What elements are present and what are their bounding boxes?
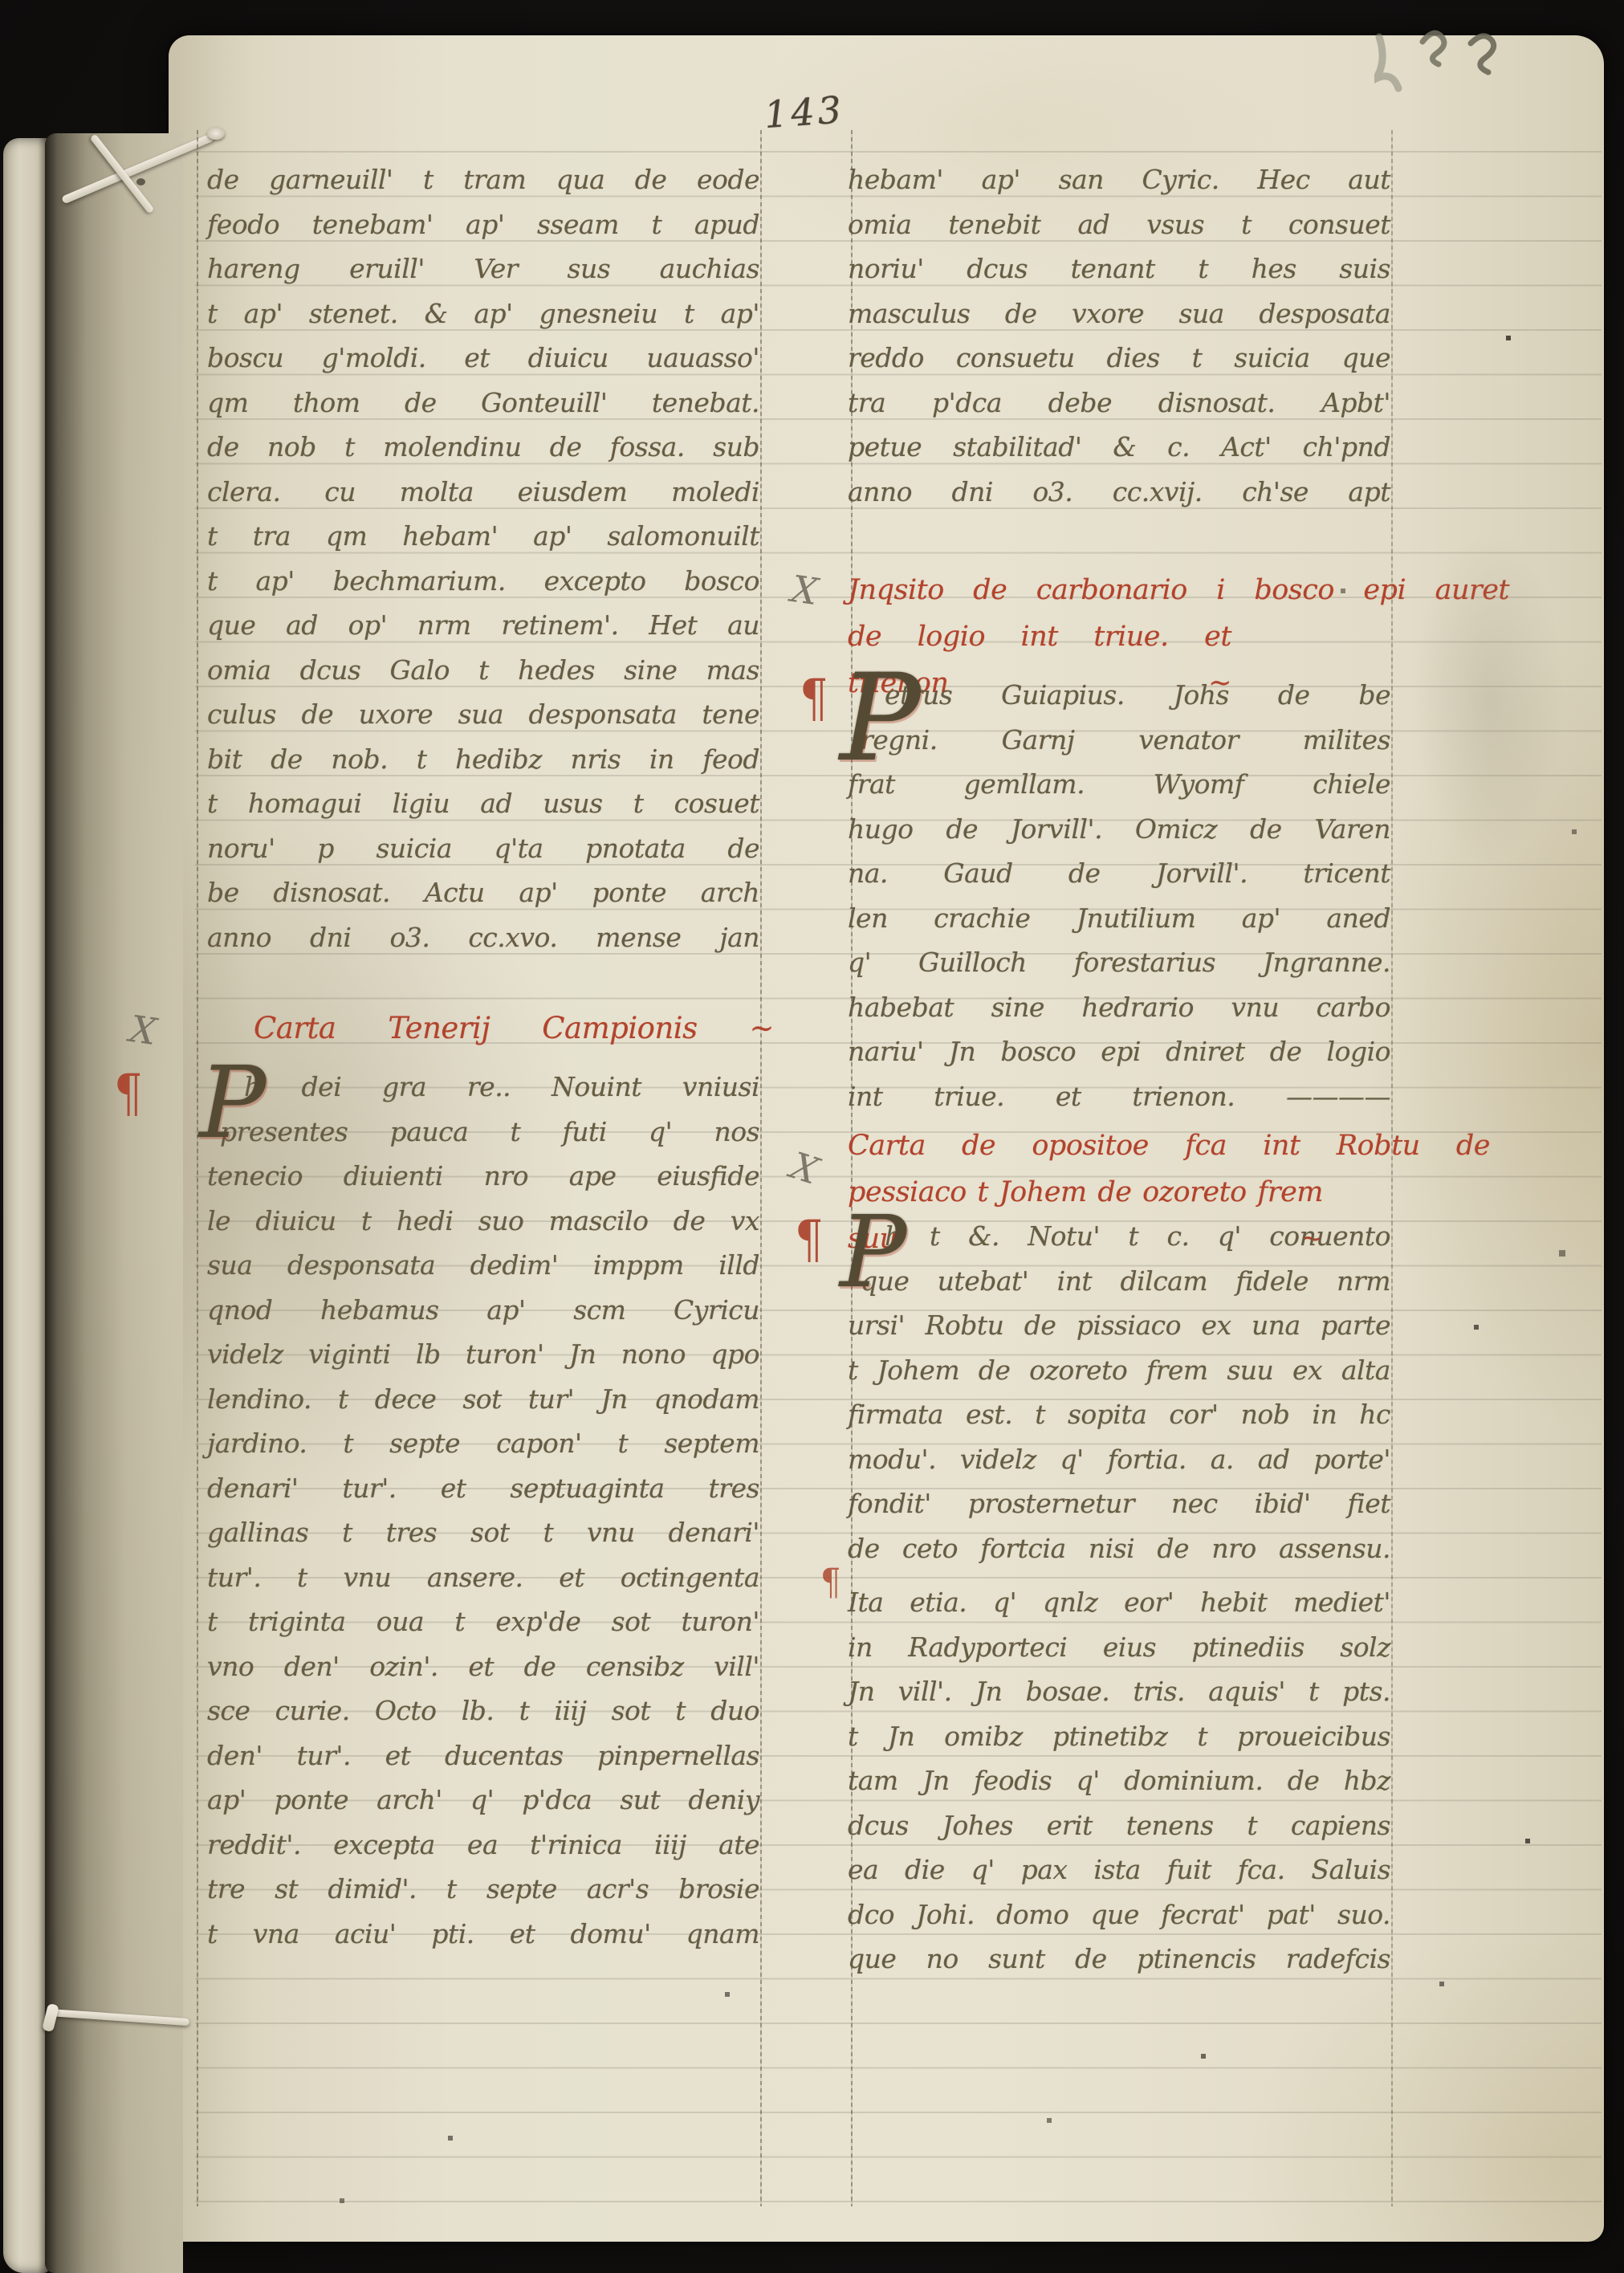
text-line: omia tenebit ad vsus t consuet bbox=[848, 202, 1390, 247]
text-line: que ad op' nrm retinem'. Het au bbox=[207, 603, 759, 648]
text-line: omia dcus Galo t hedes sine mas bbox=[207, 648, 759, 693]
text-line: tam Jn feodis q' dominium. de hbz bbox=[848, 1758, 1390, 1803]
text-line: t vna aciu' pti. et domu' qnam bbox=[207, 1912, 759, 1957]
text-line: qnod hebamus ap' scm Cyricu bbox=[207, 1288, 759, 1333]
binding-gutter bbox=[45, 133, 183, 2273]
text-line: petue stabilitad' & c. Act' ch'pnd bbox=[848, 425, 1390, 470]
text-line: ursi' Robtu de pissiaco ex una parte bbox=[848, 1303, 1390, 1348]
text-line: fondit' prosternetur nec ibid' fiet bbox=[848, 1481, 1390, 1526]
text-line: Ita etia. q' qnlz eor' hebit mediet' bbox=[848, 1580, 1390, 1625]
text-line: dcus Johes erit tenens t capiens bbox=[848, 1803, 1390, 1848]
text-line: h dei gra re.. Nouint vniusi bbox=[207, 1065, 759, 1110]
text-line: ap' ponte arch' q' p'dca sut deniy bbox=[207, 1778, 759, 1823]
rubric-heading-carta-tenerij: Carta Tenerij Campionis ~ bbox=[207, 1005, 774, 1052]
text-line: t triginta oua t exp'de sot turon' bbox=[207, 1599, 759, 1644]
text-line: modu'. videlz q' fortia. a. ad porte' bbox=[848, 1437, 1390, 1482]
text-line: de garneuill' t tram qua de eode bbox=[207, 157, 759, 202]
text-line: boscu g'moldi. et diuicu uauasso' bbox=[207, 336, 759, 381]
text-line: int triue. et trienon. ———— bbox=[848, 1074, 1390, 1119]
text-line: que no sunt de ptinencis radefcis bbox=[848, 1937, 1390, 1982]
red-paragraph-mark: ¶ bbox=[114, 1064, 143, 1124]
folio-number: 143 bbox=[763, 87, 861, 136]
text-line: reddit'. excepta ea t'rinica iiij ate bbox=[207, 1823, 759, 1868]
text-line: dco Johi. domo que fecrat' pat' suo. bbox=[848, 1892, 1390, 1937]
previous-page-edge bbox=[3, 138, 50, 2273]
text-line: hareng eruill' Ver sus auchias bbox=[207, 246, 759, 291]
sewing-thread-end bbox=[207, 127, 225, 140]
ink-specks bbox=[0, 0, 2, 2]
text-line: Carta de opositoe fca int Robtu de bbox=[848, 1122, 1490, 1169]
text-line: ea die q' pax ista fuit fca. Saluis bbox=[848, 1847, 1390, 1892]
text-line: tre st dimid'. t septe acr's brosie bbox=[207, 1867, 759, 1912]
text-line: hebam' ap' san Cyric. Hec aut bbox=[848, 157, 1390, 202]
text-line: clera. cu molta eiusdem moledi bbox=[207, 470, 759, 515]
text-line: habebat sine hedrario vnu carbo bbox=[848, 985, 1390, 1030]
text-line: q' Guilloch forestarius Jngranne. bbox=[848, 940, 1390, 985]
text-line: Jn vill'. Jn bosae. tris. aquis' t pts. bbox=[848, 1669, 1390, 1714]
text-line: vno den' ozin'. et de censibz vill' bbox=[207, 1644, 759, 1689]
text-line: tenecio diuienti nro ape eiusfide bbox=[207, 1154, 759, 1199]
text-line: noriu' dcus tenant t hes suis bbox=[848, 246, 1390, 291]
text-line: Carta Tenerij Campionis ~ bbox=[254, 1005, 774, 1052]
text-line: tra p'dca debe disnosat. Apbt' bbox=[848, 381, 1390, 426]
text-line: h t &. Notu' t c. q' conuento bbox=[848, 1214, 1390, 1259]
right-column-charter-text: P etrus Guiapius. Johs de beregni. Garnj… bbox=[848, 673, 1390, 1118]
left-column-charter-text: P h dei gra re.. Nouint vniusipresentes … bbox=[207, 1065, 759, 1956]
text-line: presentes pauca t futi q' nos bbox=[207, 1110, 759, 1155]
text-line: regni. Garnj venator milites bbox=[848, 718, 1390, 763]
text-line: pessiaco t Johem de ozoreto frem suu ~ bbox=[848, 1169, 1323, 1216]
text-line: etrus Guiapius. Johs de be bbox=[848, 673, 1390, 718]
text-line: nariu' Jn bosco epi dniret de logio bbox=[848, 1029, 1390, 1074]
corner-pen-scribble-icon bbox=[1374, 10, 1575, 106]
text-line: t tra qm hebam' ap' salomonuilt bbox=[207, 514, 759, 559]
parchment-stain bbox=[1413, 530, 1565, 867]
text-line: t ap' bechmarium. excepto bosco bbox=[207, 559, 759, 604]
red-paragraph-mark: ¶ bbox=[795, 1210, 824, 1270]
text-line: denari' tur'. et septuaginta tres bbox=[207, 1466, 759, 1511]
text-line: jardino. t septe capon' t septem bbox=[207, 1421, 759, 1466]
text-line: t Johem de ozoreto frem suu ex alta bbox=[848, 1348, 1390, 1393]
text-line: culus de uxore sua desponsata tene bbox=[207, 692, 759, 737]
text-line: tur'. t vnu ansere. et octingenta bbox=[207, 1555, 759, 1600]
rubric-heading-carta-de-opositoe: Carta de opositoe fca int Robtu depessia… bbox=[848, 1122, 1490, 1216]
text-line: de nob t molendinu de fossa. sub bbox=[207, 425, 759, 470]
text-line: bit de nob. t hedibz nris in feod bbox=[207, 737, 759, 782]
text-line: len crachie Jnutilium ap' aned bbox=[848, 896, 1390, 941]
text-line: anno dni o3. cc.xvo. mense jan bbox=[207, 915, 759, 960]
text-line: lendino. t dece sot tur' Jn qnodam bbox=[207, 1377, 759, 1422]
text-line: sua desponsata dedim' imppm illd bbox=[207, 1243, 759, 1288]
text-line: de logio int triue. et trienon ~ bbox=[848, 613, 1231, 660]
left-column-charter-text: de garneuill' t tram qua de eodefeodo te… bbox=[207, 157, 759, 959]
rubric-heading-inquisito-de-carbonario: Jnqsito de carbonario i bosco epi auretd… bbox=[848, 567, 1509, 660]
text-line: qm thom de Gonteuill' tenebat. bbox=[207, 381, 759, 426]
text-line: t Jn omibz ptinetibz t proueicibus bbox=[848, 1714, 1390, 1759]
text-line: be disnosat. Actu ap' ponte arch bbox=[207, 870, 759, 915]
text-line: t homagui ligiu ad usus t cosuet bbox=[207, 781, 759, 826]
text-line: le diuicu t hedi suo mascilo de vx bbox=[207, 1199, 759, 1244]
text-line: firmata est. t sopita cor' nob in hc bbox=[848, 1392, 1390, 1437]
text-line: hugo de Jorvill'. Omicz de Varen bbox=[848, 807, 1390, 852]
red-paragraph-mark: ¶ bbox=[800, 669, 828, 729]
text-line: reddo consuetu dies t suicia que bbox=[848, 336, 1390, 381]
text-line: sce curie. Octo lb. t iiij sot t duo bbox=[207, 1688, 759, 1733]
red-paragraph-mark: ¶ bbox=[820, 1562, 840, 1604]
text-line: feodo tenebam' ap' sseam t apud bbox=[207, 202, 759, 247]
text-line: na. Gaud de Jorvill'. tricent bbox=[848, 851, 1390, 896]
text-line: frat gemllam. Wyomf chiele bbox=[848, 762, 1390, 807]
right-column-charter-text: Ita etia. q' qnlz eor' hebit mediet'in R… bbox=[848, 1580, 1390, 1982]
manuscript-photo: { "page": { "folio_number": "143", "corn… bbox=[0, 0, 1624, 2273]
text-line: gallinas t tres sot t vnu denari' bbox=[207, 1510, 759, 1555]
text-line: masculus de vxore sua desposata bbox=[848, 291, 1390, 336]
text-line: anno dni o3. cc.xvij. ch'se apt bbox=[848, 470, 1390, 515]
text-line: noru' p suicia q'ta pnotata de bbox=[207, 826, 759, 871]
text-line: de ceto fortcia nisi de nro assensu. bbox=[848, 1526, 1390, 1571]
text-line: t ap' stenet. & ap' gnesneiu t ap' bbox=[207, 291, 759, 336]
right-column-charter-text: P h t &. Notu' t c. q' conuentoque uteba… bbox=[848, 1214, 1390, 1570]
text-line: Jnqsito de carbonario i bosco epi auret bbox=[848, 567, 1509, 613]
right-column-charter-text: hebam' ap' san Cyric. Hec automia tenebi… bbox=[848, 157, 1390, 514]
text-line: in Radyporteci eius ptinediis solz bbox=[848, 1625, 1390, 1670]
text-line: videlz viginti lb turon' Jn nono qpo bbox=[207, 1332, 759, 1377]
text-line: que utebat' int dilcam fidele nrm bbox=[848, 1259, 1390, 1304]
text-line: den' tur'. et ducentas pinpernellas bbox=[207, 1733, 759, 1778]
ink-spot bbox=[136, 178, 145, 185]
